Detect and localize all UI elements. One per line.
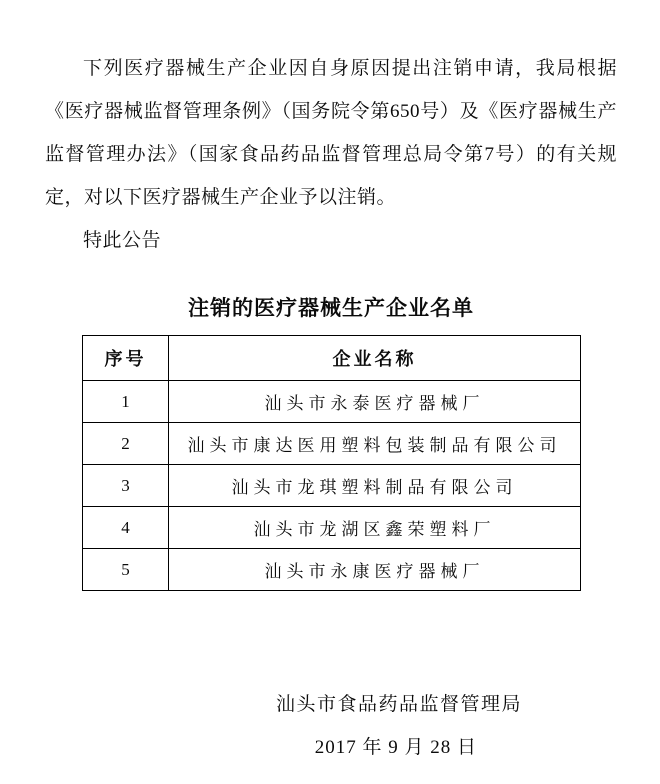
row-number: 2 [83,423,169,465]
document-date: 2017 年 9 月 28 日 [45,732,617,759]
company-name: 汕头市龙琪塑料制品有限公司 [169,465,581,507]
deregistered-companies-table: 序号 企业名称 1 汕头市永泰医疗器械厂 2 汕头市康达医用塑料包装制品有限公司… [82,335,581,591]
table-row: 3 汕头市龙琪塑料制品有限公司 [83,465,581,507]
company-name: 汕头市永康医疗器械厂 [169,549,581,591]
table-header-row: 序号 企业名称 [83,336,581,381]
table-row: 5 汕头市永康医疗器械厂 [83,549,581,591]
table-row: 2 汕头市康达医用塑料包装制品有限公司 [83,423,581,465]
closing-statement: 特此公告 [45,219,617,262]
table-header: 序号 企业名称 [83,336,581,381]
row-number: 3 [83,465,169,507]
table-title: 注销的医疗器械生产企业名单 [45,292,617,322]
company-table-body: 1 汕头市永泰医疗器械厂 2 汕头市康达医用塑料包装制品有限公司 3 汕头市龙琪… [83,381,581,591]
row-number: 5 [83,549,169,591]
header-company-name: 企业名称 [169,336,581,381]
row-number: 4 [83,507,169,549]
table-row: 4 汕头市龙湖区鑫荣塑料厂 [83,507,581,549]
notice-body-paragraph: 下列医疗器械生产企业因自身原因提出注销申请，我局根据《医疗器械监督管理条例》（国… [45,47,617,219]
company-name: 汕头市龙湖区鑫荣塑料厂 [169,507,581,549]
header-serial-number: 序号 [83,336,169,381]
company-name: 汕头市康达医用塑料包装制品有限公司 [169,423,581,465]
notice-document: 下列医疗器械生产企业因自身原因提出注销申请，我局根据《医疗器械监督管理条例》（国… [0,0,660,759]
issuing-authority-signature: 汕头市食品药品监督管理局 [45,689,617,716]
table-row: 1 汕头市永泰医疗器械厂 [83,381,581,423]
company-name: 汕头市永泰医疗器械厂 [169,381,581,423]
row-number: 1 [83,381,169,423]
